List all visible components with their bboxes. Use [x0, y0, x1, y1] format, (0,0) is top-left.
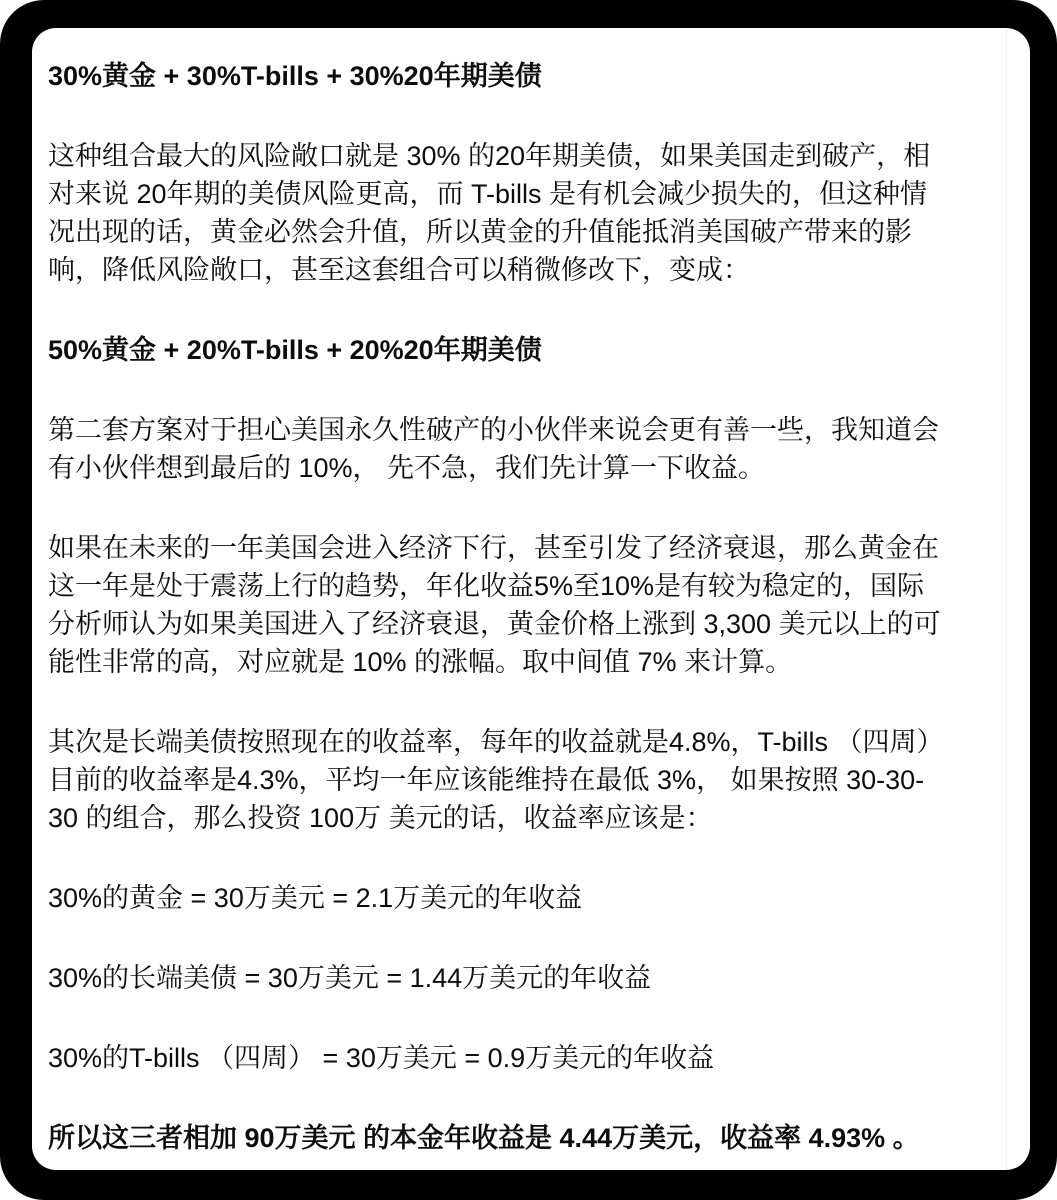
calc-line-long-bonds: 30%的长端美债 = 30万美元 = 1.44万美元的年收益 — [48, 959, 990, 997]
conclusion-line: 所以这三者相加 90万美元 的本金年收益是 4.44万美元，收益率 4.93% … — [48, 1119, 990, 1157]
paragraph-risk-exposure: 这种组合最大的风险敞口就是 30% 的20年期美债，如果美国走到破产，相 对来说… — [48, 137, 990, 289]
paragraph-second-plan: 第二套方案对于担心美国永久性破产的小伙伴来说会更有善一些，我知道会 有小伙伴想到… — [48, 411, 990, 487]
message-card: 30%黄金 + 30%T-bills + 30%20年期美债 这种组合最大的风险… — [32, 28, 1030, 1170]
calc-line-tbills: 30%的T-bills （四周） = 30万美元 = 0.9万美元的年收益 — [48, 1039, 990, 1077]
paragraph-gold-outlook: 如果在未来的一年美国会进入经济下行，甚至引发了经济衰退，那么黄金在 这一年是处于… — [48, 529, 990, 681]
portfolio-heading-30-30-30: 30%黄金 + 30%T-bills + 30%20年期美债 — [48, 57, 990, 95]
message-content: 30%黄金 + 30%T-bills + 30%20年期美债 这种组合最大的风险… — [48, 57, 990, 1157]
card-edge-divider — [1006, 28, 1007, 1170]
paragraph-yield-assumptions: 其次是长端美债按照现在的收益率，每年的收益就是4.8%，T-bills （四周）… — [48, 723, 990, 837]
dark-rounded-frame: 30%黄金 + 30%T-bills + 30%20年期美债 这种组合最大的风险… — [0, 0, 1057, 1200]
portfolio-heading-50-20-20: 50%黄金 + 20%T-bills + 20%20年期美债 — [48, 331, 990, 369]
calc-line-gold: 30%的黄金 = 30万美元 = 2.1万美元的年收益 — [48, 879, 990, 917]
